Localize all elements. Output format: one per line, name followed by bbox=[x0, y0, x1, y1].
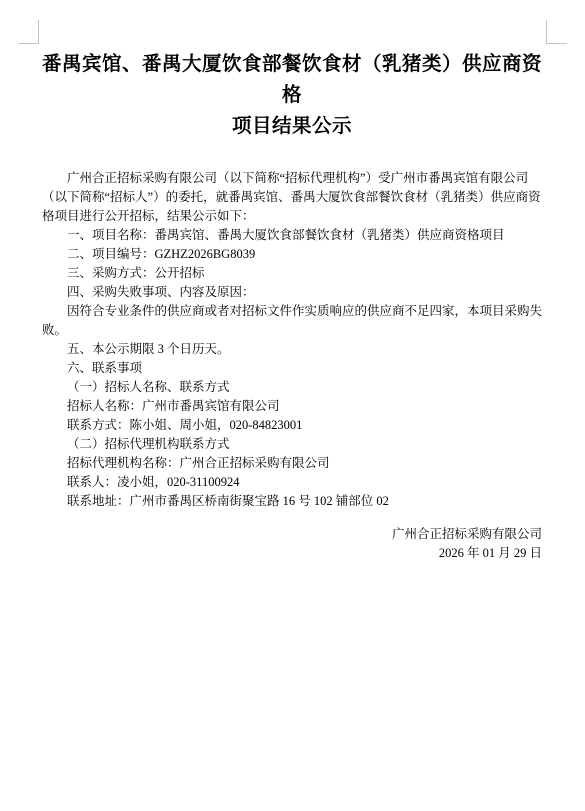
item-tenderer-name: 招标人名称：广州市番禺宾馆有限公司 bbox=[42, 397, 542, 416]
item-contact-heading: 六、联系事项 bbox=[42, 359, 542, 378]
signature-block: 广州合正招标采购有限公司 2026 年 01 月 29 日 bbox=[42, 525, 542, 563]
item-project-number: 二、项目编号：GZHZ2026BG8039 bbox=[42, 245, 542, 264]
document-content: 番禺宾馆、番禺大厦饮食部餐饮食材（乳猪类）供应商资格 项目结果公示 广州合正招标… bbox=[42, 49, 542, 563]
intro-paragraph: 广州合正招标采购有限公司（以下简称“招标代理机构”）受广州市番禺宾馆有限公司（以… bbox=[42, 169, 542, 226]
document-body: 广州合正招标采购有限公司（以下简称“招标代理机构”）受广州市番禺宾馆有限公司（以… bbox=[42, 169, 542, 511]
item-failure-reason: 因符合专业条件的供应商或者对招标文件作实质响应的供应商不足四家，本项目采购失败。 bbox=[42, 302, 542, 340]
page-margin-mark-top-left bbox=[18, 20, 39, 44]
item-publicity-period: 五、本公示期限 3 个日历天。 bbox=[42, 340, 542, 359]
item-agency-contact: 联系人：凌小姐，020-31100924 bbox=[42, 473, 542, 492]
document-page: 番禺宾馆、番禺大厦饮食部餐饮食材（乳猪类）供应商资格 项目结果公示 广州合正招标… bbox=[0, 0, 585, 811]
item-project-name: 一、项目名称：番禺宾馆、番禺大厦饮食部餐饮食材（乳猪类）供应商资格项目 bbox=[42, 226, 542, 245]
item-tenderer-contact: 联系方式：陈小姐、周小姐，020-84823001 bbox=[42, 416, 542, 435]
item-agency-section-heading: （二）招标代理机构联系方式 bbox=[42, 435, 542, 454]
signature-company: 广州合正招标采购有限公司 bbox=[42, 525, 542, 544]
document-title: 番禺宾馆、番禺大厦饮食部餐饮食材（乳猪类）供应商资格 项目结果公示 bbox=[42, 49, 542, 142]
document-title-line-1: 番禺宾馆、番禺大厦饮食部餐饮食材（乳猪类）供应商资格 bbox=[42, 49, 542, 111]
item-agency-address: 联系地址：广州市番禺区桥南街聚宝路 16 号 102 铺部位 02 bbox=[42, 492, 542, 511]
item-procurement-method: 三、采购方式：公开招标 bbox=[42, 264, 542, 283]
document-title-line-2: 项目结果公示 bbox=[42, 111, 542, 142]
item-failure-heading: 四、采购失败事项、内容及原因： bbox=[42, 283, 542, 302]
signature-date: 2026 年 01 月 29 日 bbox=[42, 544, 542, 563]
item-tenderer-section-heading: （一）招标人名称、联系方式 bbox=[42, 378, 542, 397]
page-margin-mark-top-right bbox=[546, 20, 567, 44]
item-agency-name: 招标代理机构名称：广州合正招标采购有限公司 bbox=[42, 454, 542, 473]
